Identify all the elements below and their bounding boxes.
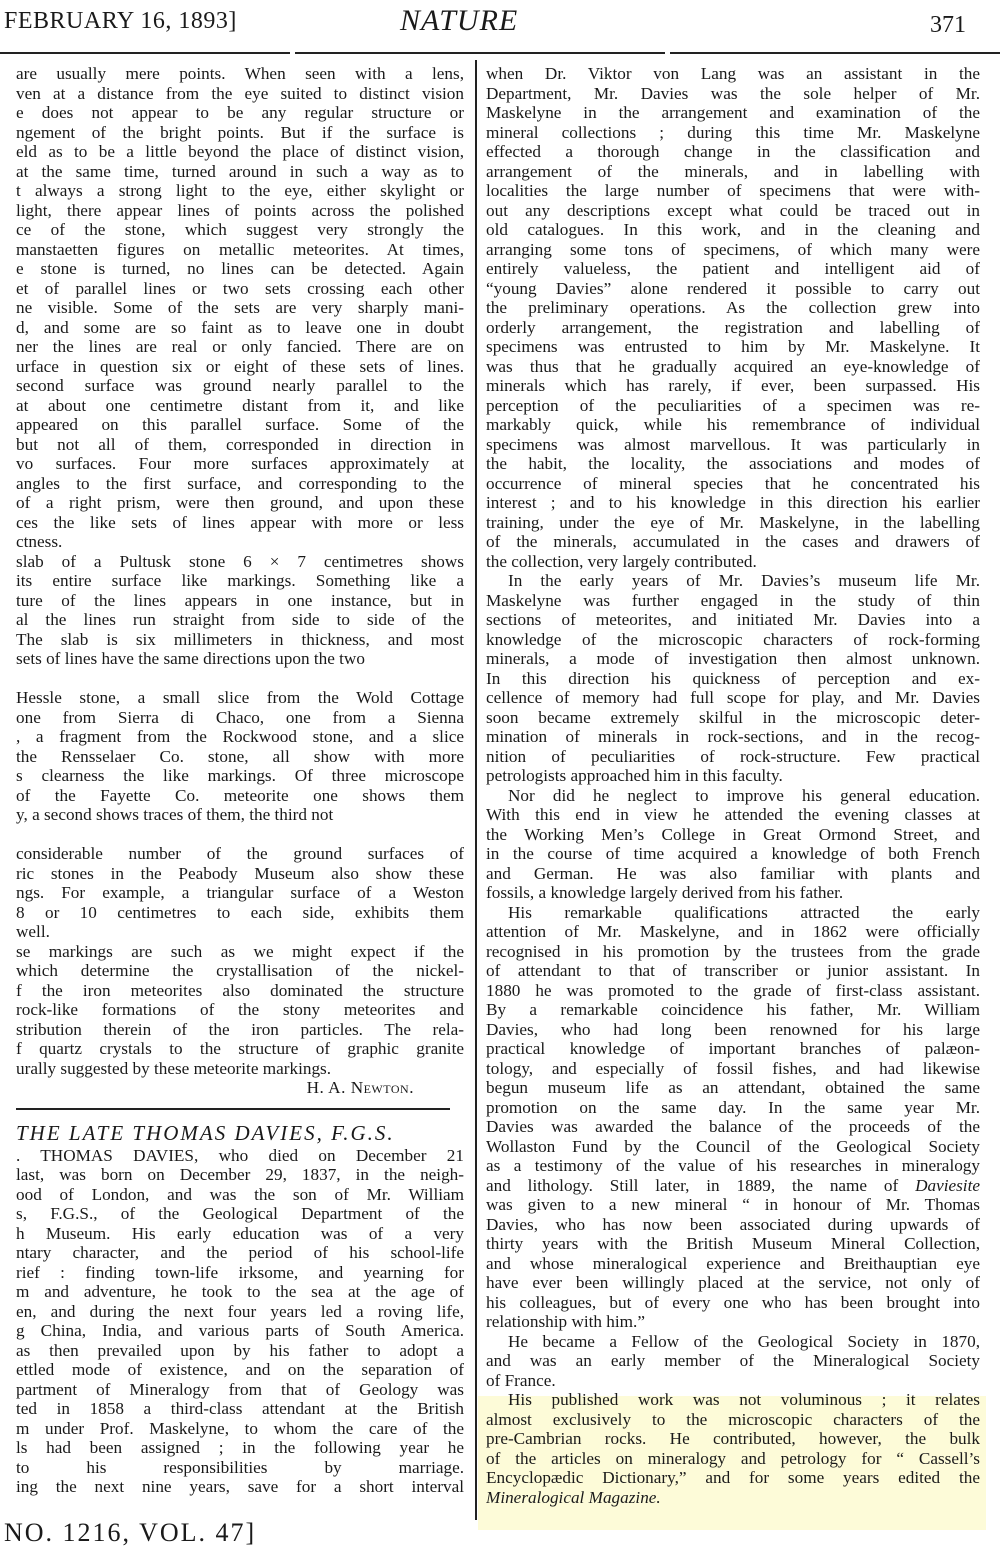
text-line: begun museum life as an attendant, obtai… xyxy=(486,1078,980,1098)
text-line: his colleagues, but of every one who has… xyxy=(486,1293,980,1313)
text-line: localities the large number of specimens… xyxy=(486,181,980,201)
text-line: ture of the lines appears in one instanc… xyxy=(16,591,464,611)
running-head: FEBRUARY 16, 1893] NATURE 371 xyxy=(0,0,1000,52)
text-line: ngs. For example, a triangular surface o… xyxy=(16,883,464,903)
text-line: . THOMAS DAVIES, who died on December 21 xyxy=(16,1146,464,1166)
text-line: slab of a Pultusk stone 6 × 7 centimetre… xyxy=(16,552,464,572)
text-line: was given to a new mineral “ in honour o… xyxy=(486,1195,980,1215)
text-line: recognised in his promotion by the trust… xyxy=(486,942,980,962)
text-line: ls had been assigned ; in the following … xyxy=(16,1438,464,1458)
text-line: y, a second shows traces of them, the th… xyxy=(16,805,464,825)
text-line: s clearness the like markings. Of three … xyxy=(16,766,464,786)
text-line: of a right prism, were then ground, and … xyxy=(16,493,464,513)
obituary-heading: THE LATE THOMAS DAVIES, F.G.S. xyxy=(16,1120,464,1146)
text-line: are usually mere points. When seen with … xyxy=(16,64,464,84)
obituary-text: . THOMAS DAVIES, who died on December 21… xyxy=(16,1146,464,1497)
text-line: arrangement of the minerals, and in labe… xyxy=(486,162,980,182)
meteorite-text-part3: considerable number of the ground surfac… xyxy=(16,844,464,1078)
text-line: almost exclusively to the microscopic ch… xyxy=(486,1410,980,1430)
text-line: soon became extremely skilful in the mic… xyxy=(486,708,980,728)
text-line: which determine the crystallisation of t… xyxy=(16,961,464,981)
text-line: the habit, the locality, the association… xyxy=(486,454,980,474)
text-line: sets of lines have the same directions u… xyxy=(16,649,464,669)
meteorite-text-part1: are usually mere points. When seen with … xyxy=(16,64,464,669)
text-line: but not all of them, corresponded in dir… xyxy=(16,435,464,455)
highlighted-paragraph: His published work was not voluminous ; … xyxy=(486,1390,980,1488)
text-line: of attendant to that of transcriber or j… xyxy=(486,961,980,981)
text-line: m and adventure, he took to the sea at t… xyxy=(16,1282,464,1302)
text-line: vo surfaces. Four more surfaces approxim… xyxy=(16,454,464,474)
text-line: s, F.G.S., of the Geological Department … xyxy=(16,1204,464,1224)
author-signature: H. A. Newton. xyxy=(16,1078,464,1098)
text-line: perception of the peculiarities of a spe… xyxy=(486,396,980,416)
text-line: In the early years of Mr. Davies’s museu… xyxy=(486,571,980,591)
text-line: sections of meteorites, and initiated Mr… xyxy=(486,610,980,630)
text-line: nition of peculiarities of rock-structur… xyxy=(486,747,980,767)
text-line: angles to the first surface, and corresp… xyxy=(16,474,464,494)
text-line: mineral collections ; during this time M… xyxy=(486,123,980,143)
text-line: of the Fayette Co. meteorite one shows t… xyxy=(16,786,464,806)
text-line: well. xyxy=(16,922,464,942)
text-line: interest ; and to his knowledge in this … xyxy=(486,493,980,513)
text-line: considerable number of the ground surfac… xyxy=(16,844,464,864)
text-line: By a remarkable coincidence his father, … xyxy=(486,1000,980,1020)
text-line: practical knowledge of important branche… xyxy=(486,1039,980,1059)
text-line: ted in 1858 a third-class attendant at t… xyxy=(16,1399,464,1419)
text-line: d, and some are so faint as to leave one… xyxy=(16,318,464,338)
magazine-title: Mineralogical Magazine. xyxy=(486,1488,980,1508)
text-line: urally suggested by these meteorite mark… xyxy=(16,1059,464,1079)
left-column: are usually mere points. When seen with … xyxy=(16,64,464,1497)
text-line: specimens was entrusted to him by Mr. Ma… xyxy=(486,337,980,357)
text-line: old catalogues. In this work, and in the… xyxy=(486,220,980,240)
text-line: ngement of the bright points. But if the… xyxy=(16,123,464,143)
text-line: In this direction his quickness of perce… xyxy=(486,669,980,689)
text-line: ing the next nine years, save for a shor… xyxy=(16,1477,464,1497)
text-line: markably quick, while his remembrance of… xyxy=(486,415,980,435)
text-line: specimens was almost marvellous. It was … xyxy=(486,435,980,455)
text-line: light, there appear lines of points acro… xyxy=(16,201,464,221)
text-line: His published work was not voluminous ; … xyxy=(486,1390,980,1410)
text-line: entirely valueless, the patient and inte… xyxy=(486,259,980,279)
text-line: petrologists approached him in this facu… xyxy=(486,766,980,786)
obituary-continued-part4: His remarkable qualifications attracted … xyxy=(486,903,980,1332)
text-line: m under Prof. Maskelyne, to whom the car… xyxy=(16,1419,464,1439)
text-line: rock-like formations of the stony meteor… xyxy=(16,1000,464,1020)
text-line: ettled mode of existence, and on the sep… xyxy=(16,1360,464,1380)
text-line: of the minerals, accumulated in the case… xyxy=(486,532,980,552)
text-line: e stone is turned, no lines can be detec… xyxy=(16,259,464,279)
text-line: f quartz crystals to the structure of gr… xyxy=(16,1039,464,1059)
text-line: last, was born on December 29, 1837, in … xyxy=(16,1165,464,1185)
journal-title: NATURE xyxy=(400,4,518,38)
text-line: training, under the eye of Mr. Maskelyne… xyxy=(486,513,980,533)
header-rule-center xyxy=(295,52,665,54)
text-line: Department, Mr. Davies was the sole help… xyxy=(486,84,980,104)
text-line: orderly arrangement, the registration an… xyxy=(486,318,980,338)
text-line: knowledge of the microscopic characters … xyxy=(486,630,980,650)
text-line: rief : finding town-life irksome, and ye… xyxy=(16,1263,464,1283)
text-line: Davies, who has now been associated duri… xyxy=(486,1215,980,1235)
text-line: and was an early member of the Mineralog… xyxy=(486,1351,980,1371)
text-line: minerals, a mode of investigation then a… xyxy=(486,649,980,669)
text-line: and whose mineralogical experience and B… xyxy=(486,1254,980,1274)
text-line: of France. xyxy=(486,1371,980,1391)
text-line: 1880 he was promoted to the grade of fir… xyxy=(486,981,980,1001)
text-line: , a fragment from the Rockwood stone, an… xyxy=(16,727,464,747)
text-line: e does not appear to be any regular stru… xyxy=(16,103,464,123)
text-line: al the lines run straight from side to s… xyxy=(16,610,464,630)
text-line: stribution therein of the iron particles… xyxy=(16,1020,464,1040)
obituary-continued-part1: when Dr. Viktor von Lang was an assistan… xyxy=(486,64,980,571)
text-line: pre-Cambrian rocks. He contributed, howe… xyxy=(486,1429,980,1449)
text-line: occurrence of mineral species that he co… xyxy=(486,474,980,494)
text-line: at about one centimetre distant from it,… xyxy=(16,396,464,416)
right-column: when Dr. Viktor von Lang was an assistan… xyxy=(486,64,980,1507)
text-line: Hessle stone, a small slice from the Wol… xyxy=(16,688,464,708)
text-line: ood of London, and was the son of Mr. Wi… xyxy=(16,1185,464,1205)
text-line: His remarkable qualifications attracted … xyxy=(486,903,980,923)
issue-footer: NO. 1216, VOL. 47] xyxy=(4,1518,256,1548)
text-line: ric stones in the Peabody Museum also sh… xyxy=(16,864,464,884)
text-line: He became a Fellow of the Geological Soc… xyxy=(486,1332,980,1352)
text-line: ce of the stone, which suggest very stro… xyxy=(16,220,464,240)
text-line: se markings are such as we might expect … xyxy=(16,942,464,962)
text-line: partment of Mineralogy from that of Geol… xyxy=(16,1380,464,1400)
text-line: appeared on this parallel surface. Some … xyxy=(16,415,464,435)
text-line: h Museum. His early education was of a v… xyxy=(16,1224,464,1244)
text-line: eld as to be a little beyond the place o… xyxy=(16,142,464,162)
text-line: ces the like sets of lines appear with m… xyxy=(16,513,464,533)
text-line: manstaetten figures on metallic meteorit… xyxy=(16,240,464,260)
text-line: as a testimony of the value of his resea… xyxy=(486,1156,980,1176)
text-line: its entire surface like markings. Someth… xyxy=(16,571,464,591)
text-line: f the iron meteorites also dominated the… xyxy=(16,981,464,1001)
column-divider xyxy=(475,60,477,1520)
text-line: ntary character, and the period of his s… xyxy=(16,1243,464,1263)
text-line: Nor did he neglect to improve his genera… xyxy=(486,786,980,806)
text-line: the Working Men’s College in Great Ormon… xyxy=(486,825,980,845)
text-line: of the articles on mineralogy and petrol… xyxy=(486,1449,980,1469)
text-line: Maskelyne was further engaged in the stu… xyxy=(486,591,980,611)
text-line: With this end in view he attended the ev… xyxy=(486,805,980,825)
text-line: cellence of memory had full scope for pl… xyxy=(486,688,980,708)
text-line: second surface was ground nearly paralle… xyxy=(16,376,464,396)
text-line: promotion on the same day. In the same y… xyxy=(486,1098,980,1118)
text-line: in the course of time acquired a knowled… xyxy=(486,844,980,864)
text-line: 8 or 10 centimetres to each side, exhibi… xyxy=(16,903,464,923)
text-line: at the same time, turned around in such … xyxy=(16,162,464,182)
obituary-continued-part5: He became a Fellow of the Geological Soc… xyxy=(486,1332,980,1391)
text-line: Maskelyne in the arrangement and examina… xyxy=(486,103,980,123)
text-line: Encyclopædic Dictionary,” and for some y… xyxy=(486,1468,980,1488)
meteorite-text-part2: Hessle stone, a small slice from the Wol… xyxy=(16,688,464,825)
text-line: relationship with him.” xyxy=(486,1312,980,1332)
obituary-continued-part3: Nor did he neglect to improve his genera… xyxy=(486,786,980,903)
text-line: Davies, who had long been renowned for h… xyxy=(486,1020,980,1040)
text-line: attention of Mr. Maskelyne, and in 1862 … xyxy=(486,922,980,942)
issue-date: FEBRUARY 16, 1893] xyxy=(4,8,237,35)
text-line: the preliminary operations. As the colle… xyxy=(486,298,980,318)
text-line: g China, India, and various parts of Sou… xyxy=(16,1321,464,1341)
text-line: thirty years with the British Museum Min… xyxy=(486,1234,980,1254)
text-line: effected a thorough change in the classi… xyxy=(486,142,980,162)
text-line: one from Sierra di Chaco, one from a Sie… xyxy=(16,708,464,728)
text-line: the collection, very largely contributed… xyxy=(486,552,980,572)
text-line: ctness. xyxy=(16,532,464,552)
text-line: ner the lines are real or only fancied. … xyxy=(16,337,464,357)
text-line: et of parallel lines or two sets crossin… xyxy=(16,279,464,299)
text-line: en, and during the next four years led a… xyxy=(16,1302,464,1322)
text-line: ven at a distance from the eye suited to… xyxy=(16,84,464,104)
text-line: was thus that he gradually acquired an e… xyxy=(486,357,980,377)
text-line: “young Davies” alone rendered it possibl… xyxy=(486,279,980,299)
text-line: The slab is six millimeters in thickness… xyxy=(16,630,464,650)
text-line: Wollaston Fund by the Council of the Geo… xyxy=(486,1137,980,1157)
text-line: tology, and especially of fossil fishes,… xyxy=(486,1059,980,1079)
text-line: out any descriptions except what could b… xyxy=(486,201,980,221)
text-line: to his responsibilities by marriage. xyxy=(16,1458,464,1478)
text-line: Davies was awarded the balance of the pr… xyxy=(486,1117,980,1137)
page-number: 371 xyxy=(930,12,966,39)
text-line: urface in question six or eight of these… xyxy=(16,357,464,377)
text-line: arranging some tons of specimens, of whi… xyxy=(486,240,980,260)
text-line: ne visible. Some of the sets are very sh… xyxy=(16,298,464,318)
section-rule xyxy=(16,1108,450,1110)
text-line: fossils, a knowledge largely derived fro… xyxy=(486,883,980,903)
text-line: and lithology. Still later, in 1889, the… xyxy=(486,1176,980,1196)
text-line: when Dr. Viktor von Lang was an assistan… xyxy=(486,64,980,84)
obituary-continued-part2: In the early years of Mr. Davies’s museu… xyxy=(486,571,980,786)
text-line: t always a strong light to the eye, eith… xyxy=(16,181,464,201)
text-line: minerals which has rarely, if ever, been… xyxy=(486,376,980,396)
text-line: have ever been willingly placed at the s… xyxy=(486,1273,980,1293)
text-line: the Rensselaer Co. stone, all show with … xyxy=(16,747,464,767)
text-line: and German. He was also familiar with pl… xyxy=(486,864,980,884)
text-line: as then prevailed upon by his father to … xyxy=(16,1341,464,1361)
text-line: mination of minerals in rock-sections, a… xyxy=(486,727,980,747)
header-rule-left xyxy=(0,52,290,54)
header-rule-right xyxy=(670,52,1000,54)
